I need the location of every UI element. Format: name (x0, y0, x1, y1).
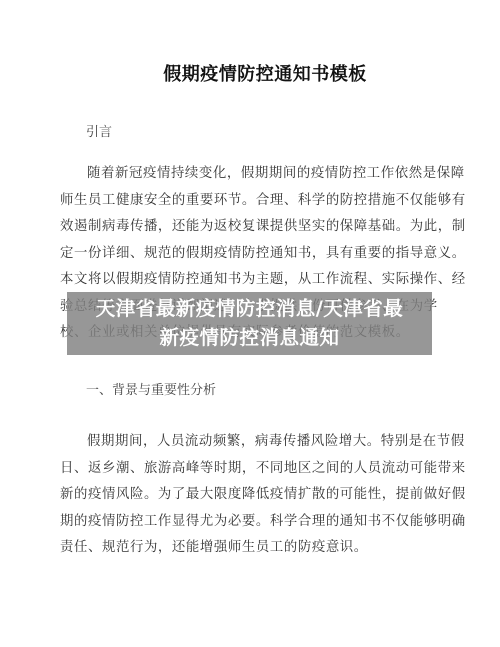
banner-line-2: 新疫情防控消息通知 (67, 323, 432, 352)
intro-heading: 引言 (86, 121, 112, 140)
text-line: 期的疫情防控工作显得尤为必要。科学合理的通知书不仅能够明确 (60, 509, 442, 536)
text-line: 责任、规范行为，还能增强师生员工的防疫意识。 (60, 535, 442, 562)
banner-line-1: 天津省最新疫情防控消息/天津省最 (67, 294, 432, 323)
document-title: 假期疫情防控通知书模板 (0, 60, 500, 86)
text-line: 随着新冠疫情持续变化，假期期间的疫情防控工作依然是保障 (60, 161, 442, 188)
document-page: 假期疫情防控通知书模板 引言 随着新冠疫情持续变化，假期期间的疫情防控工作依然是… (0, 0, 500, 647)
text-line: 假期期间，人员流动频繁，病毒传播风险增大。特别是在节假 (60, 429, 442, 456)
text-line: 日、返乡潮、旅游高峰等时期，不同地区之间的人员流动可能带来 (60, 456, 442, 483)
section1-paragraph: 假期期间，人员流动频繁，病毒传播风险增大。特别是在节假 日、返乡潮、旅游高峰等时… (60, 429, 442, 562)
section1-heading: 一、背景与重要性分析 (86, 379, 216, 398)
text-line: 效遏制病毒传播，还能为返校复课提供坚实的保障基础。为此，制 (60, 214, 442, 241)
text-line: 定一份详细、规范的假期疫情防控通知书，具有重要的指导意义。 (60, 241, 442, 268)
text-line: 师生员工健康安全的重要环节。合理、科学的防控措施不仅能够有 (60, 188, 442, 215)
text-line: 新的疫情风险。为了最大限度降低疫情扩散的可能性，提前做好假 (60, 482, 442, 509)
text-line: 本文将以假期疫情防控通知书为主题，从工作流程、实际操作、经 (60, 267, 442, 294)
overlay-banner-text: 天津省最新疫情防控消息/天津省最 新疫情防控消息通知 (67, 292, 432, 355)
